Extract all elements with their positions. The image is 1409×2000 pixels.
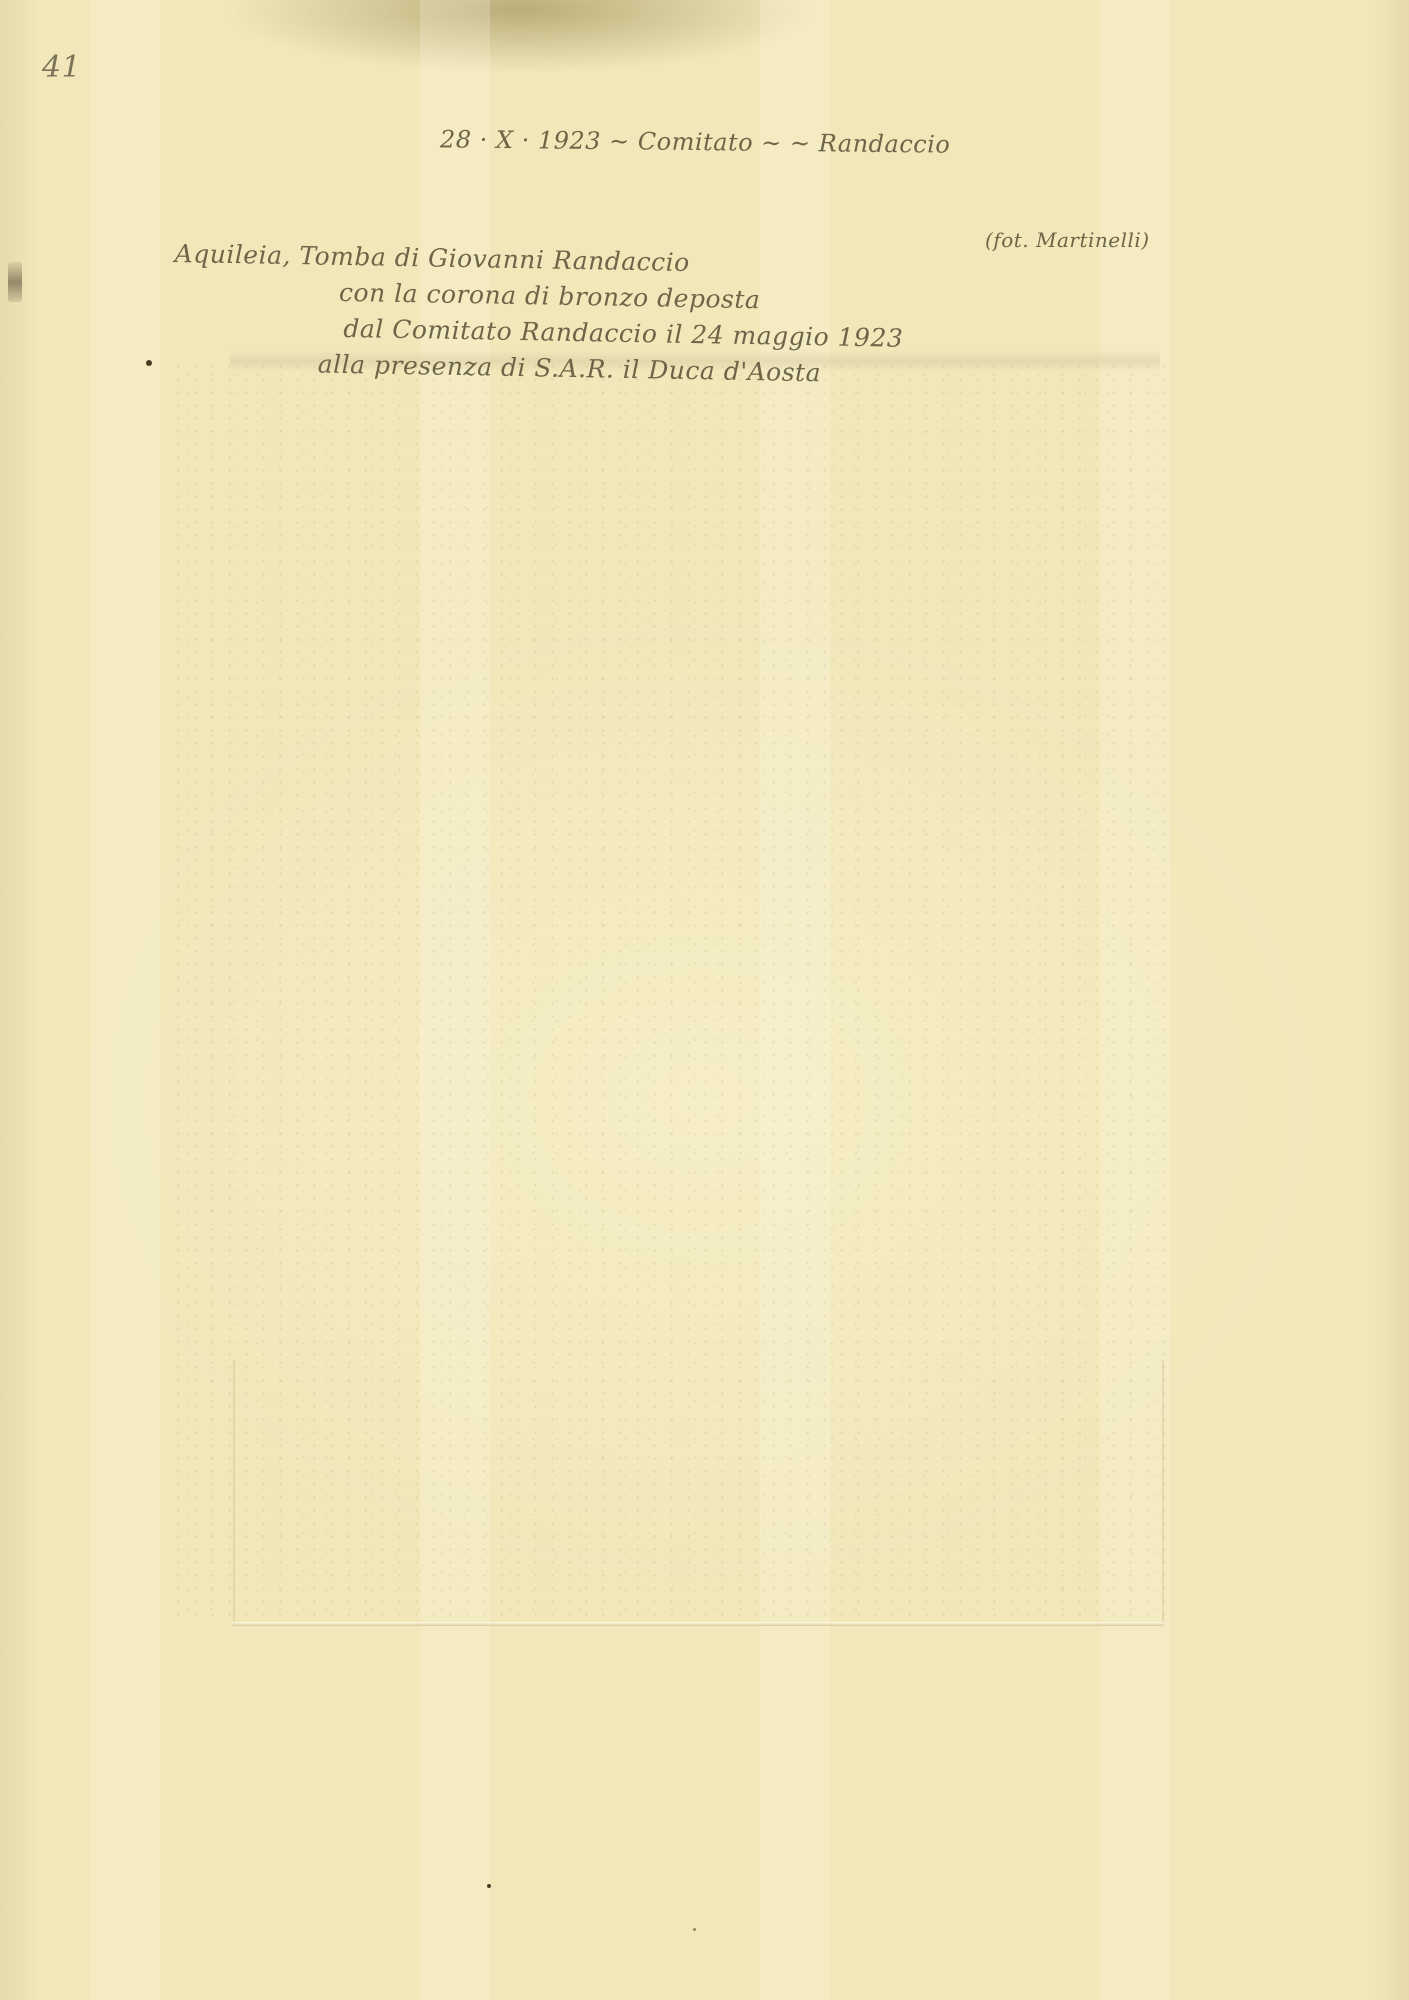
ink-dot: [146, 360, 152, 366]
ink-dot: [693, 1928, 696, 1931]
embossed-frame-edge: [233, 1360, 235, 1624]
date-annotation: 28 · X · 1923 ~ Comitato ~ ~ Randaccio: [440, 125, 951, 158]
embossed-frame-edge: [1162, 1360, 1164, 1624]
edge-mark: [8, 262, 22, 302]
archival-card-back: 41 28 · X · 1923 ~ Comitato ~ ~ Randacci…: [0, 0, 1409, 2000]
photo-credit: (fot. Martinelli): [985, 228, 1150, 252]
page-number: 41: [42, 50, 81, 85]
caption: Aquileia, Tomba di Giovanni Randaccio co…: [172, 236, 904, 393]
paper-speckle-texture: [170, 360, 1170, 1620]
embossed-frame-line: [232, 1622, 1164, 1626]
ink-dot: [487, 1884, 491, 1888]
paper-texture-stripe: [90, 0, 160, 2000]
